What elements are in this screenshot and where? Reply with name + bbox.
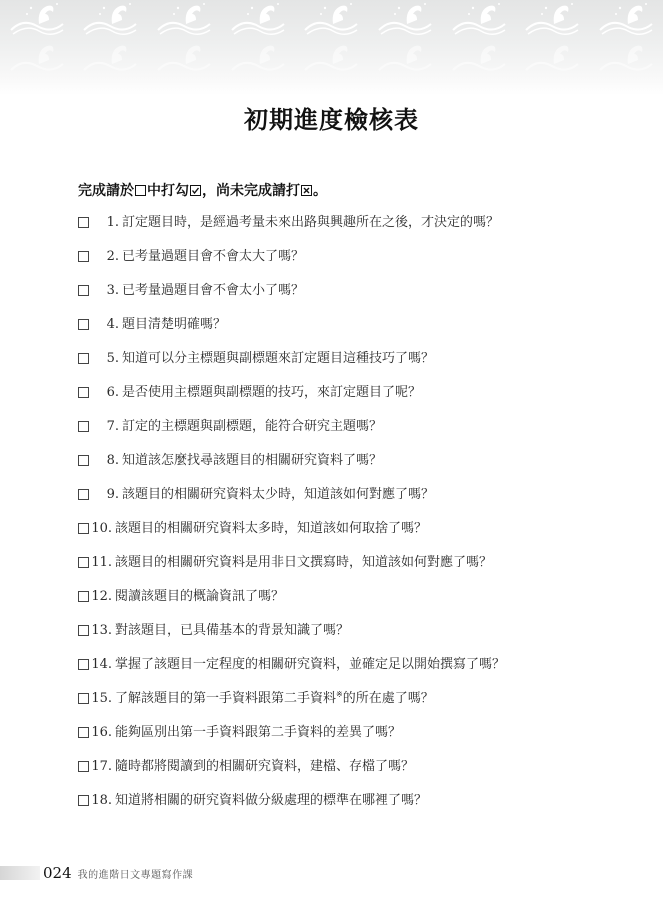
instruction-text-4: 。 xyxy=(313,180,327,200)
checklist-item: 11.該題目的相關研究資料是用非日文撰寫時，知道該如何對應了嗎？ xyxy=(78,554,505,588)
checkbox[interactable] xyxy=(78,217,89,228)
checkbox[interactable] xyxy=(78,285,89,296)
item-question: 訂定的主標題與副標題，能符合研究主題嗎？ xyxy=(122,418,382,436)
item-number: 4. xyxy=(89,316,119,334)
wave-icon xyxy=(377,40,433,76)
checklist-item: 12.閱讀該題目的概論資訊了嗎？ xyxy=(78,588,505,622)
item-number: 18. xyxy=(89,792,112,810)
item-question: 對該題目，已具備基本的背景知識了嗎？ xyxy=(115,622,349,640)
checklist-item: 15.了解該題目的第一手資料跟第二手資料※的所在處了嗎？ xyxy=(78,690,505,724)
checklist-item: 2.已考量過題目會不會太大了嗎？ xyxy=(78,248,505,282)
item-number: 6. xyxy=(89,384,119,402)
footnote-marker: ※ xyxy=(336,690,343,699)
item-question: 知道該怎麼找尋該題目的相關研究資料了嗎？ xyxy=(122,452,382,470)
wave-pattern-row xyxy=(0,0,663,36)
item-number: 8. xyxy=(89,452,119,470)
checkbox[interactable] xyxy=(78,455,89,466)
checkbox[interactable] xyxy=(78,387,89,398)
page-number: 024 xyxy=(43,864,72,882)
item-question: 知道將相關的研究資料做分級處理的標準在哪裡了嗎？ xyxy=(115,792,427,810)
item-question: 該題目的相關研究資料太少時，知道該如何對應了嗎？ xyxy=(122,486,434,504)
item-number: 11. xyxy=(89,554,112,572)
item-question: 已考量過題目會不會太大了嗎？ xyxy=(122,248,304,266)
page-title: 初期進度檢核表 xyxy=(0,100,663,135)
item-number: 5. xyxy=(89,350,119,368)
wave-icon xyxy=(377,0,433,36)
header-decoration-band xyxy=(0,0,663,95)
checkbox[interactable] xyxy=(78,625,89,636)
wave-icon xyxy=(82,0,138,36)
checklist-item: 8.知道該怎麼找尋該題目的相關研究資料了嗎？ xyxy=(78,452,505,486)
checklist-item: 13.對該題目，已具備基本的背景知識了嗎？ xyxy=(78,622,505,656)
wave-icon xyxy=(230,0,286,36)
item-number: 1. xyxy=(89,214,119,232)
wave-icon xyxy=(451,0,507,36)
footer-gradient-bar xyxy=(0,866,40,880)
checklist-item: 17.隨時都將閱讀到的相關研究資料，建檔、存檔了嗎？ xyxy=(78,758,505,792)
item-question: 知道可以分主標題與副標題來訂定題目這種技巧了嗎？ xyxy=(122,350,434,368)
item-question: 該題目的相關研究資料是用非日文撰寫時，知道該如何對應了嗎？ xyxy=(115,554,492,572)
checkbox[interactable] xyxy=(78,523,89,534)
instruction-line: 完成請於 中打勾 ，尚未完成請打 。 xyxy=(78,180,327,200)
item-number: 13. xyxy=(89,622,112,640)
item-question: 已考量過題目會不會太小了嗎？ xyxy=(122,282,304,300)
checkbox[interactable] xyxy=(78,693,89,704)
item-number: 2. xyxy=(89,248,119,266)
checklist-item: 14.掌握了該題目一定程度的相關研究資料，並確定足以開始撰寫了嗎？ xyxy=(78,656,505,690)
item-question-part: 了解該題目的第一手資料跟第二手資料 xyxy=(115,691,336,706)
item-number: 14. xyxy=(89,656,112,674)
instruction-text-2: 中打勾 xyxy=(147,180,189,200)
checklist-item: 1.訂定題目時，是經過考量未來出路與興趣所在之後，才決定的嗎？ xyxy=(78,214,505,248)
book-title: 我的進階日文專題寫作課 xyxy=(78,866,194,881)
wave-icon xyxy=(9,40,65,76)
instruction-text-1: 完成請於 xyxy=(78,180,134,200)
checklist-item: 10.該題目的相關研究資料太多時，知道該如何取捨了嗎？ xyxy=(78,520,505,554)
item-question: 掌握了該題目一定程度的相關研究資料，並確定足以開始撰寫了嗎？ xyxy=(115,656,505,674)
checkbox[interactable] xyxy=(78,557,89,568)
wave-icon xyxy=(303,0,359,36)
item-number: 12. xyxy=(89,588,112,606)
item-number: 17. xyxy=(89,758,112,776)
wave-icon xyxy=(524,0,580,36)
wave-icon xyxy=(598,40,654,76)
checked-box-icon xyxy=(190,185,201,196)
item-number: 7. xyxy=(89,418,119,436)
item-number: 10. xyxy=(89,520,112,538)
wave-icon xyxy=(303,40,359,76)
wave-icon xyxy=(9,0,65,36)
item-question: 訂定題目時，是經過考量未來出路與興趣所在之後，才決定的嗎？ xyxy=(122,214,499,232)
checkbox[interactable] xyxy=(78,489,89,500)
checkbox[interactable] xyxy=(78,251,89,262)
item-number: 3. xyxy=(89,282,119,300)
checklist-item: 6.是否使用主標題與副標題的技巧，來訂定題目了呢？ xyxy=(78,384,505,418)
checkbox[interactable] xyxy=(78,761,89,772)
page-footer: 024 我的進階日文專題寫作課 xyxy=(0,862,193,884)
checkbox[interactable] xyxy=(78,727,89,738)
wave-icon xyxy=(82,40,138,76)
checkbox[interactable] xyxy=(78,353,89,364)
checklist-item: 9.該題目的相關研究資料太少時，知道該如何對應了嗎？ xyxy=(78,486,505,520)
item-question: 能夠區別出第一手資料跟第二手資料的差異了嗎？ xyxy=(115,724,401,742)
item-question: 閱讀該題目的概論資訊了嗎？ xyxy=(115,588,284,606)
wave-icon xyxy=(156,0,212,36)
checklist-item: 5.知道可以分主標題與副標題來訂定題目這種技巧了嗎？ xyxy=(78,350,505,384)
wave-icon xyxy=(524,40,580,76)
checklist-item: 7.訂定的主標題與副標題，能符合研究主題嗎？ xyxy=(78,418,505,452)
item-question: 了解該題目的第一手資料跟第二手資料※的所在處了嗎？ xyxy=(115,690,434,708)
empty-box-icon xyxy=(135,185,146,196)
item-question: 是否使用主標題與副標題的技巧，來訂定題目了呢？ xyxy=(122,384,421,402)
wave-icon xyxy=(156,40,212,76)
progress-checklist: 1.訂定題目時，是經過考量未來出路與興趣所在之後，才決定的嗎？ 2.已考量過題目… xyxy=(78,214,505,826)
wave-icon xyxy=(598,0,654,36)
checklist-item: 4.題目清楚明確嗎？ xyxy=(78,316,505,350)
item-question: 該題目的相關研究資料太多時，知道該如何取捨了嗎？ xyxy=(115,520,427,538)
item-question: 隨時都將閱讀到的相關研究資料，建檔、存檔了嗎？ xyxy=(115,758,414,776)
item-question: 題目清楚明確嗎？ xyxy=(122,316,226,334)
checklist-item: 16.能夠區別出第一手資料跟第二手資料的差異了嗎？ xyxy=(78,724,505,758)
wave-pattern-row xyxy=(0,40,663,76)
instruction-text-3: ，尚未完成請打 xyxy=(202,180,300,200)
item-question-part: 的所在處了嗎？ xyxy=(343,691,434,706)
item-number: 15. xyxy=(89,690,112,708)
crossed-box-icon xyxy=(301,185,312,196)
item-number: 16. xyxy=(89,724,112,742)
checkbox[interactable] xyxy=(78,421,89,432)
wave-icon xyxy=(230,40,286,76)
checkbox[interactable] xyxy=(78,659,89,670)
checkbox[interactable] xyxy=(78,591,89,602)
checklist-item: 3.已考量過題目會不會太小了嗎？ xyxy=(78,282,505,316)
checkbox[interactable] xyxy=(78,795,89,806)
item-number: 9. xyxy=(89,486,119,504)
checkbox[interactable] xyxy=(78,319,89,330)
wave-icon xyxy=(451,40,507,76)
checklist-item: 18.知道將相關的研究資料做分級處理的標準在哪裡了嗎？ xyxy=(78,792,505,826)
